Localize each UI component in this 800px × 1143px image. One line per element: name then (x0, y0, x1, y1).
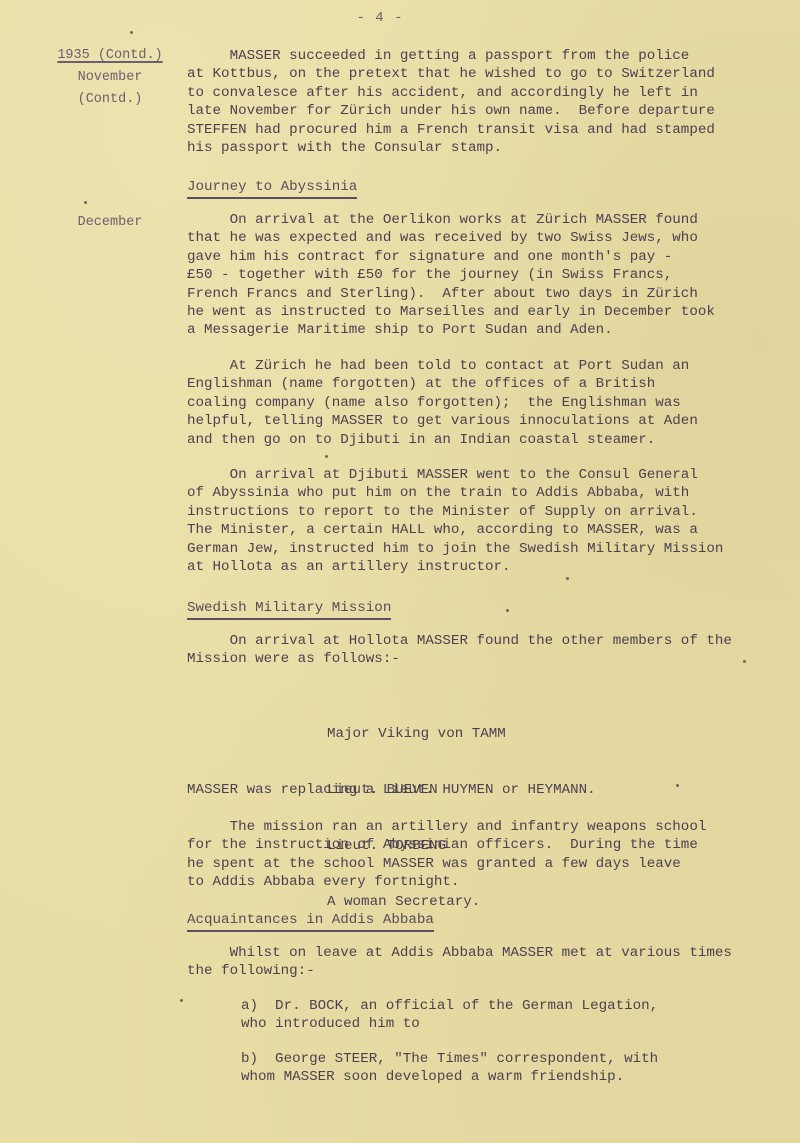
mission-member: A woman Secretary. (327, 893, 506, 912)
text-line: £50 - together with £50 for the journey … (187, 266, 782, 284)
text-line: On arrival at the Oerlikon works at Züri… (187, 211, 782, 229)
text-line: and then go on to Djibuti in an Indian c… (187, 431, 782, 449)
ink-speck (325, 455, 328, 458)
margin-year: 1935 (Contd.) (40, 45, 180, 67)
journey-paragraph-3: On arrival at Djibuti MASSER went to the… (187, 466, 782, 576)
text-line: gave him his contract for signature and … (187, 248, 782, 266)
text-line: whom MASSER soon developed a warm friend… (241, 1068, 800, 1086)
text-line: French Francs and Sterling). After about… (187, 285, 782, 303)
text-line: of Abyssinia who put him on the train to… (187, 484, 782, 502)
ink-speck (180, 999, 183, 1002)
journey-paragraph-2: At Zürich he had been told to contact at… (187, 357, 782, 449)
text-line: that he was expected and was received by… (187, 229, 782, 247)
page-number: - 4 - (0, 10, 760, 26)
acquaintances-paragraph-1: Whilst on leave at Addis Abbaba MASSER m… (187, 944, 782, 981)
acquaintance-item-a: a) Dr. BOCK, an official of the German L… (241, 997, 800, 1034)
text-line: helpful, telling MASSER to get various i… (187, 412, 782, 430)
acquaintance-item-b: b) George STEER, "The Times" corresponde… (241, 1050, 800, 1087)
text-line: for the instruction of Abyssinian office… (187, 836, 782, 854)
heading-journey-to-abyssinia: Journey to Abyssinia (187, 178, 357, 199)
text-line: German Jew, instructed him to join the S… (187, 540, 782, 558)
text-line: who introduced him to (241, 1015, 800, 1033)
mission-paragraph-3: The mission ran an artillery and infantr… (187, 818, 782, 892)
text-line: to Addis Abbaba every fortnight. (187, 873, 782, 891)
journey-paragraph-1: On arrival at the Oerlikon works at Züri… (187, 211, 782, 340)
text-line: to convalesce after his accident, and ac… (187, 84, 782, 102)
typewritten-page: - 4 - 1935 (Contd.) November (Contd.) De… (0, 0, 800, 1143)
text-line: The mission ran an artillery and infantr… (187, 818, 782, 836)
ink-speck (743, 660, 746, 663)
text-line: at Kottbus, on the pretext that he wishe… (187, 65, 782, 83)
text-line: On arrival at Djibuti MASSER went to the… (187, 466, 782, 484)
margin-contd: (Contd.) (40, 89, 180, 111)
mission-member: Major Viking von TAMM (327, 725, 506, 744)
text-line: MASSER succeeded in getting a passport f… (187, 47, 782, 65)
margin-month-november: November (40, 67, 180, 89)
mission-paragraph-1: On arrival at Hollota MASSER found the o… (187, 632, 782, 669)
heading-swedish-military-mission: Swedish Military Mission (187, 599, 391, 620)
text-line: b) George STEER, "The Times" corresponde… (241, 1050, 800, 1068)
margin-note-1935: 1935 (Contd.) November (Contd.) (40, 45, 180, 111)
margin-month-december: December (40, 212, 180, 234)
text-line: coaling company (name also forgotten); t… (187, 394, 782, 412)
text-line: at Hollota as an artillery instructor. (187, 558, 782, 576)
text-line: he spent at the school MASSER was grante… (187, 855, 782, 873)
ink-speck (130, 31, 133, 34)
text-line: late November for Zürich under his own n… (187, 102, 782, 120)
text-line: the following:- (187, 962, 782, 980)
text-line: a) Dr. BOCK, an official of the German L… (241, 997, 800, 1015)
ink-speck (676, 784, 679, 787)
text-line: he went as instructed to Marseilles and … (187, 303, 782, 321)
intro-paragraph: MASSER succeeded in getting a passport f… (187, 47, 782, 157)
text-line: The Minister, a certain HALL who, accord… (187, 521, 782, 539)
text-line: instructions to report to the Minister o… (187, 503, 782, 521)
text-line: his passport with the Consular stamp. (187, 139, 782, 157)
text-line: Whilst on leave at Addis Abbaba MASSER m… (187, 944, 782, 962)
mission-paragraph-2: MASSER was replacing a Lieut. HUYMEN or … (187, 781, 782, 799)
text-line: MASSER was replacing a Lieut. HUYMEN or … (187, 781, 782, 799)
text-line: Englishman (name forgotten) at the offic… (187, 375, 782, 393)
text-line: STEFFEN had procured him a French transi… (187, 121, 782, 139)
text-line: a Messagerie Maritime ship to Port Sudan… (187, 321, 782, 339)
ink-speck (84, 201, 87, 204)
ink-speck (566, 577, 569, 580)
text-line: Mission were as follows:- (187, 650, 782, 668)
ink-speck (506, 609, 509, 612)
text-line: On arrival at Hollota MASSER found the o… (187, 632, 782, 650)
margin-note-december: December (40, 212, 180, 234)
text-line: At Zürich he had been told to contact at… (187, 357, 782, 375)
heading-acquaintances: Acquaintances in Addis Abbaba (187, 911, 434, 932)
